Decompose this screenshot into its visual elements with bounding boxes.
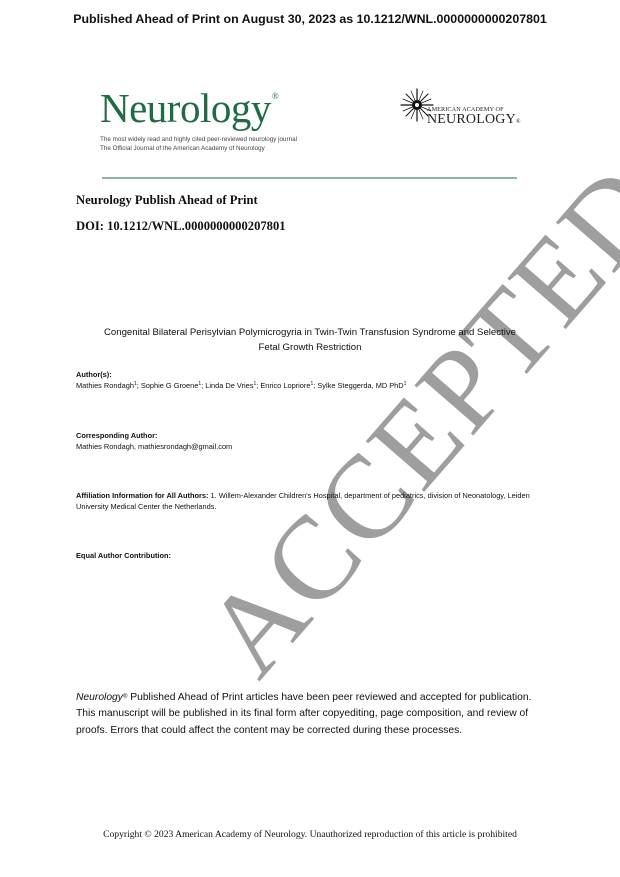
author-name: Enrico Lopriore bbox=[260, 381, 310, 390]
accepted-watermark: ACCEPTED bbox=[178, 140, 620, 701]
authors-list: Mathies Rondagh1; Sophie G Groene1; Lind… bbox=[76, 380, 406, 391]
author-name: Linda De Vries bbox=[205, 381, 253, 390]
registered-mark: ® bbox=[123, 694, 127, 700]
author-affiliation-marker: 1 bbox=[404, 381, 407, 387]
article-title-line-2: Fetal Growth Restriction bbox=[70, 340, 550, 355]
article-title-line-1: Congenital Bilateral Perisylvian Polymic… bbox=[70, 325, 550, 340]
affiliation-section: Affiliation Information for All Authors:… bbox=[76, 490, 546, 512]
author-name: Mathies Rondagh bbox=[76, 381, 134, 390]
corresponding-author-value: Mathies Rondagh, mathiesrondagh@gmail.co… bbox=[76, 441, 232, 452]
authors-section: Author(s): Mathies Rondagh1; Sophie G Gr… bbox=[76, 369, 406, 391]
author-affiliation-marker: 1 bbox=[310, 381, 313, 387]
equal-contribution-section: Equal Author Contribution: bbox=[76, 550, 171, 561]
authors-label: Author(s): bbox=[76, 369, 406, 380]
author-affiliation-marker: 1 bbox=[134, 381, 137, 387]
author-affiliation-marker: 1 bbox=[253, 381, 256, 387]
author-affiliation-marker: 1 bbox=[198, 381, 201, 387]
notice-journal-name: Neurology bbox=[76, 692, 123, 703]
affiliation-label: Affiliation Information for All Authors: bbox=[76, 491, 208, 500]
corresponding-author-label: Corresponding Author: bbox=[76, 430, 232, 441]
notice-text: Published Ahead of Print articles have b… bbox=[76, 692, 532, 736]
corresponding-author-section: Corresponding Author: Mathies Rondagh, m… bbox=[76, 430, 232, 452]
article-title: Congenital Bilateral Perisylvian Polymic… bbox=[70, 325, 550, 355]
author-name: Sophie G Groene bbox=[141, 381, 199, 390]
publication-notice: Neurology® Published Ahead of Print arti… bbox=[76, 690, 546, 739]
equal-contribution-label: Equal Author Contribution: bbox=[76, 550, 171, 561]
author-name: Sylke Steggerda, MD PhD bbox=[317, 381, 403, 390]
